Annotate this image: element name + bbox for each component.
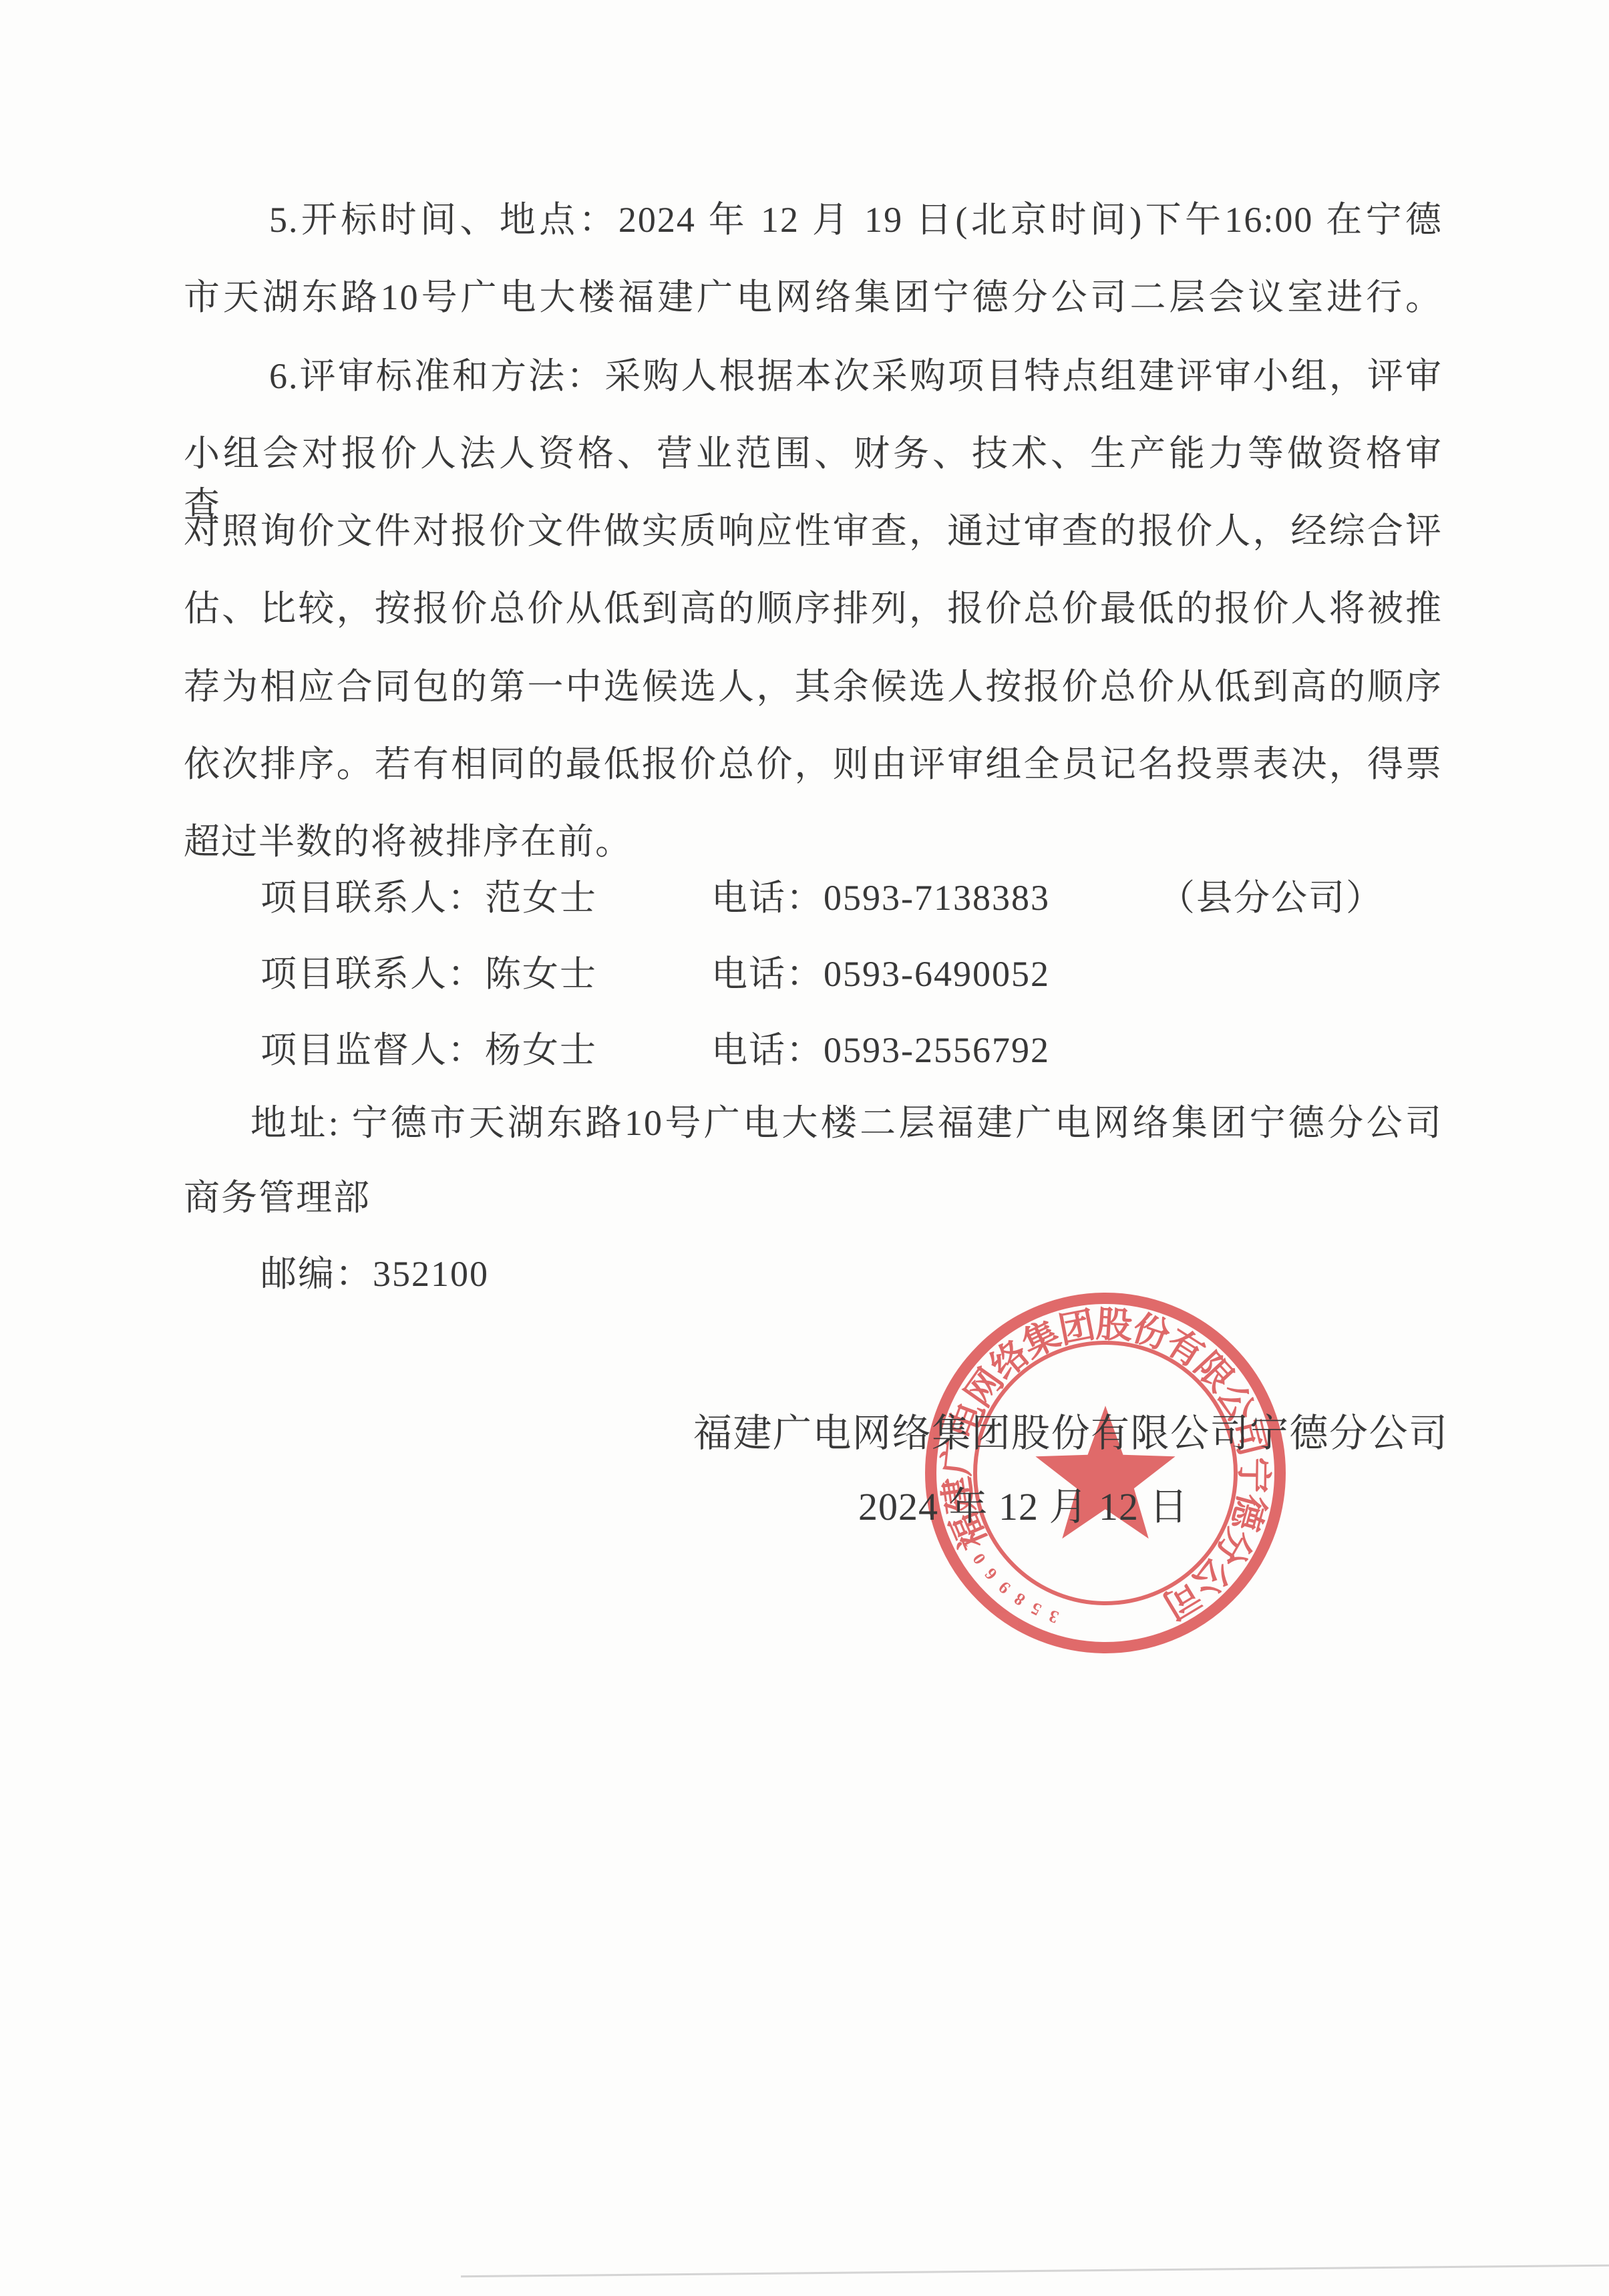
contact-note: （县分公司） <box>1159 869 1383 921</box>
contact-name: 陈女士 <box>485 954 597 994</box>
signature-company: 福建广电网络集团股份有限公司宁德分公司 <box>693 1402 1448 1458</box>
body-text-line: 市天湖东路10号广电大楼福建广电网络集团宁德分公司二层会议室进行。 <box>184 269 1443 320</box>
scan-artifact-line <box>461 2265 1609 2278</box>
signature-date: 2024 年 12 月 12 日 <box>858 1475 1189 1531</box>
body-text-line: 荐为相应合同包的第一中选候选人，其余候选人按报价总价从低到高的顺序 <box>184 658 1443 709</box>
contact-label: 项目联系人： <box>260 878 485 918</box>
seal-ring-character: 宁 <box>1230 1457 1282 1494</box>
contact-label: 项目监督人： <box>260 1030 485 1070</box>
phone-label: 电话： <box>711 954 824 994</box>
document-page: 5.开标时间、地点：2024 年 12 月 19 日(北京时间)下午16:00 … <box>0 0 1609 2296</box>
body-text-line: 6.评审标准和方法：采购人根据本次采购项目特点组建评审小组，评审 <box>184 347 1443 399</box>
contact-label: 项目联系人： <box>260 954 485 994</box>
contact-name: 杨女士 <box>485 1030 597 1070</box>
contact-row: 项目联系人：陈女士 电话：0593-6490052 <box>260 945 1443 997</box>
address-line: 地址: 宁德市天湖东路10号广电大楼二层福建广电网络集团宁德分公司 <box>184 1094 1443 1146</box>
postal-code-line: 邮编：352100 <box>260 1245 1519 1297</box>
phone-label: 电话： <box>711 1030 824 1070</box>
contact-row: 项目监督人：杨女士 电话：0593-2556792 <box>260 1021 1443 1073</box>
body-text-line: 5.开标时间、地点：2024 年 12 月 19 日(北京时间)下午16:00 … <box>184 191 1443 242</box>
body-text-line: 估、比较，按报价总价从低到高的顺序排列，报价总价最低的报价人将被推 <box>184 580 1443 631</box>
body-text-line: 超过半数的将被排序在前。 <box>184 813 1443 864</box>
contact-phone: 电话：0593-2556792 <box>711 1021 1050 1073</box>
phone-number: 0593-2556792 <box>824 1030 1050 1070</box>
phone-label: 电话： <box>711 878 824 918</box>
contact-row: 项目联系人：范女士 电话：0593-7138383 （县分公司） <box>260 869 1443 921</box>
phone-number: 0593-6490052 <box>824 954 1050 994</box>
contact-phone: 电话：0593-7138383 <box>711 869 1050 921</box>
contact-name: 范女士 <box>485 878 597 918</box>
body-text-line: 对照询价文件对报价文件做实质响应性审查，通过审查的报价人，经综合评 <box>184 502 1443 554</box>
body-text-line: 依次排序。若有相同的最低报价总价，则由评审组全员记名投票表决，得票 <box>184 735 1443 787</box>
company-seal: 福建广电网络集团股份有限公司宁德分公司 1069853 <box>925 1293 1286 1653</box>
seal-ring-character: 股 <box>1095 1295 1134 1349</box>
address-line: 商务管理部 <box>184 1169 1443 1220</box>
contact-phone: 电话：0593-6490052 <box>711 945 1050 997</box>
phone-number: 0593-7138383 <box>824 878 1050 918</box>
